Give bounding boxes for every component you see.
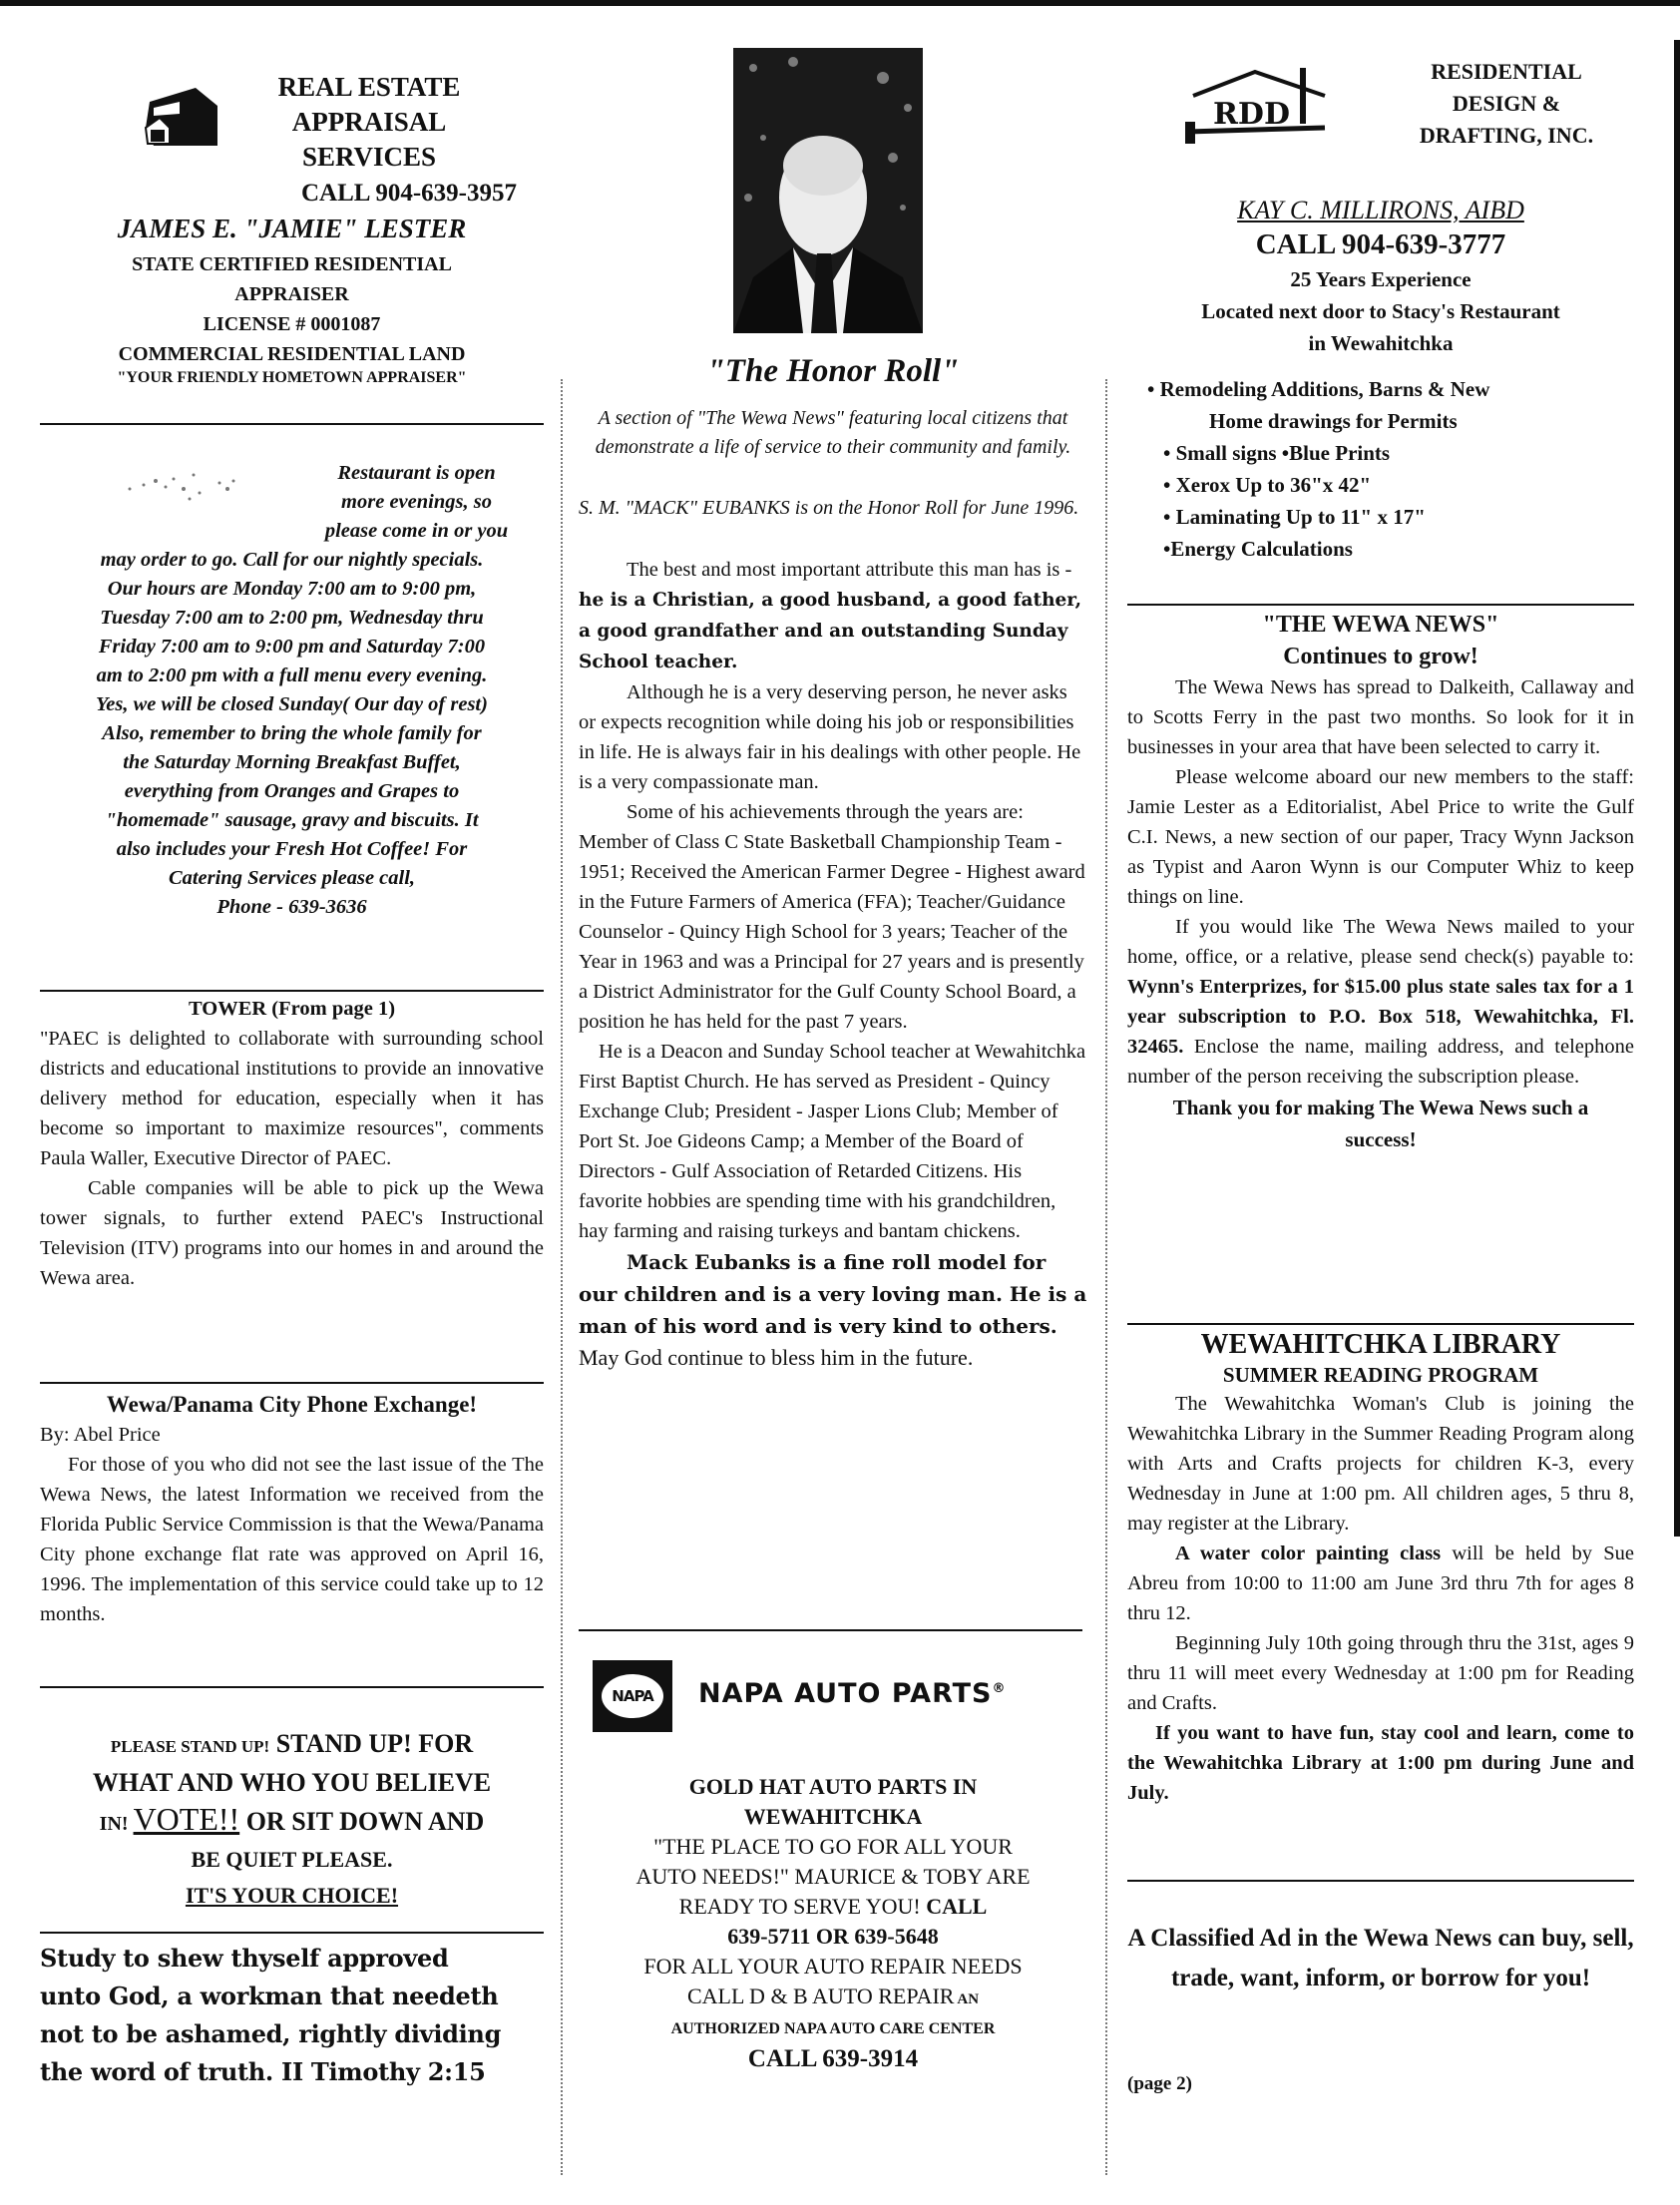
section-divider <box>1127 604 1634 606</box>
vote-emphasis: VOTE!! <box>134 1801 240 1837</box>
restaurant-lead-line-2: more evenings, so <box>289 488 544 517</box>
tower-article: TOWER (From page 1) "PAEC is delighted t… <box>40 994 544 1293</box>
restaurant-body-line: Our hours are Monday 7:00 am to 9:00 pm, <box>40 575 544 604</box>
napa-slogan-3: READY TO SERVE YOU! <box>679 1894 927 1919</box>
registered-mark: ® <box>993 1681 1007 1696</box>
column-separator-left <box>561 379 563 2175</box>
page-number: (page 2) <box>1127 2073 1192 2095</box>
column-separator-right <box>1105 379 1107 2175</box>
certification-line-1: STATE CERTIFIED RESIDENTIAL <box>40 249 544 279</box>
section-divider <box>40 423 544 425</box>
napa-logo-text: NAPA <box>602 1674 663 1718</box>
property-types: COMMERCIAL RESIDENTIAL LAND <box>40 339 544 369</box>
napa-slogan-1: "THE PLACE TO GO FOR ALL YOUR <box>579 1832 1087 1862</box>
appraisal-title-line-3: SERVICES <box>254 140 484 175</box>
honor-roll-title: "The Honor Roll" <box>579 353 1087 390</box>
section-divider <box>40 1382 544 1384</box>
restaurant-body-line: Tuesday 7:00 am to 2:00 pm, Wednesday th… <box>40 604 544 633</box>
napa-brand: NAPA AUTO PARTS <box>698 1678 993 1709</box>
tower-paragraph-2: Cable companies will be able to pick up … <box>40 1173 544 1293</box>
scripture-quote: Study to shew thyself approved unto God,… <box>40 1940 544 2091</box>
rdd-title-line-1: RESIDENTIAL <box>1387 56 1626 88</box>
rdd-logo-icon: RDD <box>1185 68 1335 152</box>
restaurant-body-line: "homemade" sausage, gravy and biscuits. … <box>40 806 544 835</box>
rdd-experience: 25 Years Experience <box>1127 263 1634 295</box>
house-icon <box>140 82 221 150</box>
wewa-news-thanks: Thank you for making The Wewa News such … <box>1127 1092 1634 1155</box>
restaurant-body-line: Catering Services please call, <box>40 864 544 893</box>
honor-roll-p5-text: May God continue to bless him in the fut… <box>579 1345 973 1370</box>
classified-ad-promo: A Classified Ad in the Wewa News can buy… <box>1127 1919 1634 1998</box>
phone-exchange-headline: Wewa/Panama City Phone Exchange! <box>40 1390 544 1420</box>
svg-text:RDD: RDD <box>1213 97 1290 132</box>
honor-roll-p5-bold: Mack Eubanks is a fine roll model for ou… <box>579 1250 1086 1338</box>
honor-roll-p1-text: The best and most important attribute th… <box>627 559 1071 581</box>
section-divider <box>40 990 544 992</box>
phone-exchange-body: For those of you who did not see the las… <box>40 1450 544 1629</box>
section-divider <box>1127 1880 1634 1882</box>
section-divider <box>40 1932 544 1934</box>
vote-line-5: IT'S YOUR CHOICE! <box>40 1878 544 1914</box>
section-divider <box>1127 1323 1634 1325</box>
appraisal-title-line-2: APPRAISAL <box>254 105 484 140</box>
rdd-location-1: Located next door to Stacy's Restaurant <box>1127 295 1634 327</box>
wewa-news-p2: Please welcome aboard our new members to… <box>1127 762 1634 912</box>
restaurant-body-line: also includes your Fresh Hot Coffee! For <box>40 835 544 864</box>
scripture-line: not to be ashamed, rightly dividing <box>40 2015 544 2053</box>
napa-call-label: CALL <box>926 1894 987 1919</box>
restaurant-body-line: Friday 7:00 am to 9:00 pm and Saturday 7… <box>40 633 544 661</box>
wewa-news-p1: The Wewa News has spread to Dalkeith, Ca… <box>1127 672 1634 762</box>
honor-roll-article: The best and most important attribute th… <box>579 555 1087 1374</box>
vote-line-3-pre: IN! <box>100 1813 134 1835</box>
napa-repair-line-2: CALL D & B AUTO REPAIR <box>687 1984 955 2008</box>
restaurant-body-line: Also, remember to bring the whole family… <box>40 719 544 748</box>
section-divider <box>40 1686 544 1688</box>
wewa-news-p3-text: If you would like The Wewa News mailed t… <box>1127 916 1634 968</box>
napa-repair-line-1: FOR ALL YOUR AUTO REPAIR NEEDS <box>579 1952 1087 1982</box>
vote-small-lead: PLEASE STAND UP! <box>111 1737 269 1756</box>
napa-repair-line-3: AUTHORIZED NAPA AUTO CARE CENTER <box>579 2014 1087 2044</box>
restaurant-body-line: everything from Oranges and Grapes to <box>40 777 544 806</box>
rdd-service-item: Home drawings for Permits <box>1147 405 1634 437</box>
restaurant-body-line: may order to go. Call for our nightly sp… <box>40 546 544 575</box>
wewa-news-article: "THE WEWA NEWS" Continues to grow! The W… <box>1127 609 1634 1155</box>
honor-roll-p1-bold: he is a Christian, a good husband, a goo… <box>579 590 1081 672</box>
library-p4: If you want to have fun, stay cool and l… <box>1127 1718 1634 1808</box>
honor-roll-p3: Some of his achievements through the yea… <box>579 797 1087 1037</box>
right-edge-scan-bar <box>1674 40 1680 1537</box>
napa-logo-icon: NAPA <box>593 1660 672 1732</box>
section-divider <box>579 1629 1082 1631</box>
library-headline: WEWAHITCHKA LIBRARY <box>1127 1329 1634 1361</box>
rdd-phone: CALL 904-639-3777 <box>1127 225 1634 263</box>
library-article: WEWAHITCHKA LIBRARY SUMMER READING PROGR… <box>1127 1329 1634 1808</box>
rdd-title-line-2: DESIGN & <box>1387 88 1626 120</box>
scripture-line: unto God, a workman that needeth <box>40 1978 544 2015</box>
honor-roll-subtitle: A section of "The Wewa News" featuring l… <box>579 404 1087 462</box>
napa-phones: 639-5711 OR 639-5648 <box>579 1922 1087 1952</box>
phone-exchange-byline: By: Abel Price <box>40 1420 544 1450</box>
certification-line-2: APPRAISER <box>40 279 544 309</box>
license-number: LICENSE # 0001087 <box>40 309 544 339</box>
restaurant-lead-line-3: please come in or you <box>289 517 544 546</box>
library-p1: The Wewahitchka Woman's Club is joining … <box>1127 1389 1634 1539</box>
appraiser-name: JAMES E. "JAMIE" LESTER <box>40 214 544 244</box>
rdd-service-item: •Energy Calculations <box>1147 533 1634 565</box>
appraiser-slogan: "YOUR FRIENDLY HOMETOWN APPRAISER" <box>40 369 544 387</box>
napa-store-line-1: GOLD HAT AUTO PARTS IN <box>579 1772 1087 1802</box>
appraisal-phone: CALL 904-639-3957 <box>269 180 549 208</box>
tower-paragraph-1: "PAEC is delighted to collaborate with s… <box>40 1024 544 1173</box>
vote-line-3-post: OR SIT DOWN AND <box>239 1807 484 1836</box>
restaurant-body-line: the Saturday Morning Breakfast Buffet, <box>40 748 544 777</box>
restaurant-body-line: Yes, we will be closed Sunday( Our day o… <box>40 690 544 719</box>
vote-message: PLEASE STAND UP! STAND UP! FOR WHAT AND … <box>40 1726 544 1914</box>
wewa-news-p3-tail: Enclose the name, mailing address, and t… <box>1127 1036 1634 1088</box>
scripture-line: the word of truth. II Timothy 2:15 <box>40 2053 544 2091</box>
rdd-service-item: • Laminating Up to 11" x 17" <box>1147 501 1634 533</box>
restaurant-phone: Phone - 639-3636 <box>40 893 544 922</box>
library-p3: Beginning July 10th going through thru t… <box>1127 1628 1634 1718</box>
vote-line-1: STAND UP! FOR <box>269 1729 473 1758</box>
napa-repair-phone: CALL 639-3914 <box>579 2044 1087 2074</box>
restaurant-body-line: am to 2:00 pm with a full menu every eve… <box>40 661 544 690</box>
rdd-service-item: • Remodeling Additions, Barns & New <box>1147 373 1634 405</box>
restaurant-lead-line-1: Restaurant is open <box>289 459 544 488</box>
honor-roll-intro: S. M. "MACK" EUBANKS is on the Honor Rol… <box>579 493 1087 523</box>
tower-headline: TOWER (From page 1) <box>40 994 544 1024</box>
restaurant-logo-icon <box>110 467 259 513</box>
wewa-news-subheadline: Continues to grow! <box>1127 641 1634 672</box>
top-border-rule <box>0 0 1680 6</box>
rdd-service-item: • Xerox Up to 36"x 42" <box>1147 469 1634 501</box>
rdd-contact-name: KAY C. MILLIRONS, AIBD <box>1127 196 1634 225</box>
honor-roll-p2: Although he is a very deserving person, … <box>579 677 1087 797</box>
phone-exchange-article: Wewa/Panama City Phone Exchange! By: Abe… <box>40 1390 544 1629</box>
library-subhead: SUMMER READING PROGRAM <box>1127 1361 1634 1389</box>
napa-store-line-2: WEWAHITCHKA <box>579 1802 1087 1832</box>
rdd-location-2: in Wewahitchka <box>1127 327 1634 359</box>
portrait-photo <box>733 48 923 333</box>
napa-slogan-2: AUTO NEEDS!" MAURICE & TOBY ARE <box>579 1862 1087 1892</box>
rdd-title-line-3: DRAFTING, INC. <box>1387 120 1626 152</box>
appraisal-title-line-1: REAL ESTATE <box>254 70 484 105</box>
vote-line-4: BE QUIET PLEASE. <box>40 1842 544 1878</box>
library-p2-bold: A water color painting class <box>1175 1543 1441 1564</box>
napa-repair-line-2-small: AN <box>954 1991 979 2007</box>
scripture-line: Study to shew thyself approved <box>40 1940 544 1978</box>
rdd-service-item: • Small signs •Blue Prints <box>1147 437 1634 469</box>
vote-line-2: WHAT AND WHO YOU BELIEVE <box>40 1765 544 1801</box>
honor-roll-p4: He is a Deacon and Sunday School teacher… <box>579 1037 1087 1246</box>
wewa-news-headline: "THE WEWA NEWS" <box>1127 609 1634 641</box>
